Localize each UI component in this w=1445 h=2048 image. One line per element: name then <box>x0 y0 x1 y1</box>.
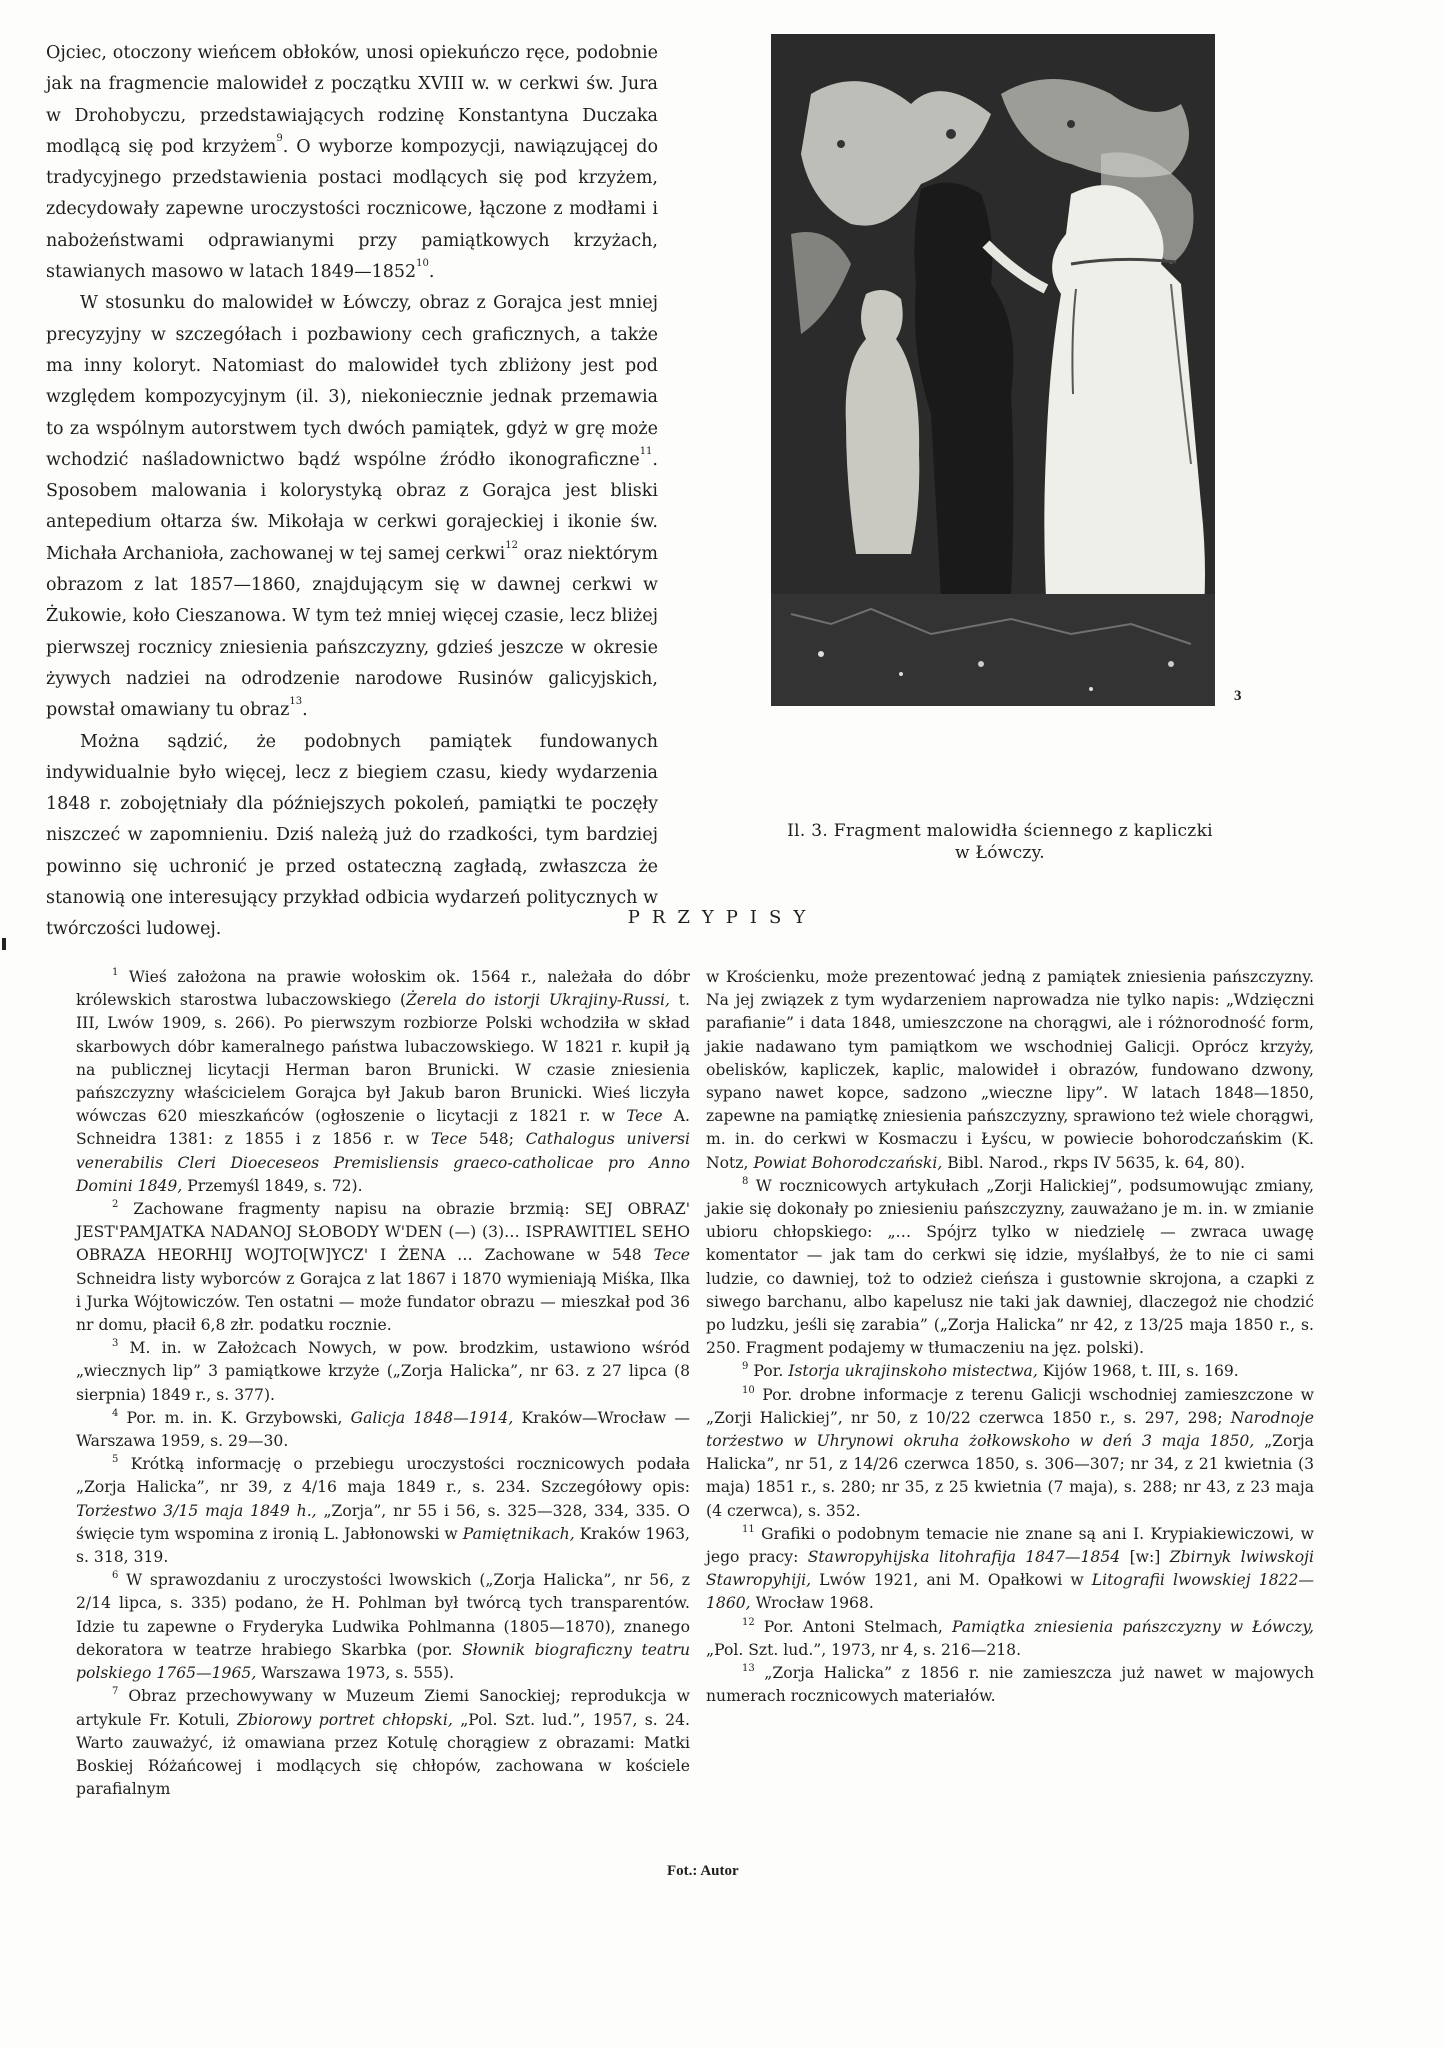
footnotes-heading: PRZYPISY <box>0 907 1445 928</box>
paragraph: 3 M. in. w Założcach Nowych, w pow. brod… <box>76 1337 690 1407</box>
footnote-reference: 7 <box>112 1686 118 1697</box>
italic-title: Zbiorowy portret chłopski, <box>237 1711 453 1729</box>
footnotes-right-column: w Krościenku, może prezentować jedną z p… <box>706 966 1314 1709</box>
paragraph: 9 Por. Istorja ukrajinskoho mistectwa, K… <box>706 1360 1314 1383</box>
footnote-reference: 13 <box>289 696 302 707</box>
paragraph: w Krościenku, może prezentować jedną z p… <box>706 966 1314 1175</box>
footnote-reference: 9 <box>742 1361 748 1372</box>
footnote-reference: 12 <box>505 540 518 551</box>
italic-title: Tece <box>431 1130 467 1148</box>
footnote-reference: 10 <box>742 1385 755 1396</box>
text-run: Schneidra listy wyborców z Gorajca z lat… <box>76 1270 690 1334</box>
text-run: 548; <box>467 1130 525 1148</box>
italic-title: Tece <box>654 1246 690 1264</box>
text-run: Przemyśl 1849, s. 72). <box>182 1177 362 1195</box>
figure-3-image <box>771 34 1215 706</box>
text-run: „Zorja Halicka” z 1856 r. nie zamieszcza… <box>706 1664 1314 1705</box>
footnote-reference: 12 <box>742 1617 755 1628</box>
footnote-reference: 4 <box>112 1408 118 1419</box>
main-body-text: Ojciec, otoczony wieńcem obłoków, unosi … <box>46 38 658 946</box>
paragraph: 2 Zachowane fragmenty napisu na obrazie … <box>76 1198 690 1337</box>
paragraph: 4 Por. m. in. K. Grzybowski, Galicja 184… <box>76 1407 690 1453</box>
footnote-reference: 13 <box>742 1663 755 1674</box>
italic-title: Galicja 1848—1914, <box>351 1409 514 1427</box>
text-run: . O wyborze kompozycji, nawiązującej do … <box>46 137 658 282</box>
footnote-reference: 11 <box>742 1524 755 1535</box>
text-run: W rocznicowych artykułach „Zorji Halicki… <box>706 1177 1314 1357</box>
italic-title: Torżestwo 3/15 maja 1849 h., <box>76 1502 317 1520</box>
italic-title: Żerela do istorji Ukrajiny-Russi, <box>406 991 670 1009</box>
italic-title: Powiat Bohorodczański, <box>753 1154 942 1172</box>
text-run: Bibl. Narod., rkps IV 5635, k. 64, 80). <box>942 1154 1245 1172</box>
figure-caption: Il. 3. Fragment malowidła ściennego z ka… <box>780 820 1220 864</box>
paragraph: 6 W sprawozdaniu z uroczystości lwowskic… <box>76 1569 690 1685</box>
text-run: Por. <box>748 1362 788 1380</box>
text-run: Krótką informację o przebiegu uroczystoś… <box>76 1455 690 1496</box>
text-run: oraz niektórym obrazom z lat 1857—1860, … <box>46 544 658 720</box>
text-run: Por. m. in. K. Grzybowski, <box>118 1409 350 1427</box>
text-run: Por. drobne informacje z terenu Galicji … <box>706 1386 1314 1427</box>
text-run: [w:] <box>1120 1548 1170 1566</box>
figure-number: 3 <box>1234 688 1242 705</box>
paragraph: W stosunku do malowideł w Łówczy, obraz … <box>46 288 658 726</box>
italic-title: Istorja ukrajinskoho mistectwa, <box>788 1362 1038 1380</box>
footnote-reference: 8 <box>742 1176 748 1187</box>
paragraph: 5 Krótką informację o przebiegu uroczyst… <box>76 1453 690 1569</box>
text-run: Wrocław 1968. <box>751 1594 874 1612</box>
footnote-reference: 3 <box>112 1338 118 1349</box>
paragraph: 11 Grafiki o podobnym temacie nie znane … <box>706 1523 1314 1616</box>
paragraph: 10 Por. drobne informacje z terenu Galic… <box>706 1384 1314 1523</box>
footnotes-left-column: 1 Wieś założona na prawie wołoskim ok. 1… <box>76 966 690 1801</box>
text-run: W stosunku do malowideł w Łówczy, obraz … <box>46 293 658 469</box>
footnote-reference: 6 <box>112 1570 118 1581</box>
paragraph: 12 Por. Antoni Stelmach, Pamiątka zniesi… <box>706 1616 1314 1662</box>
text-run: Por. Antoni Stelmach, <box>755 1618 952 1636</box>
footnote-reference: 2 <box>112 1199 118 1210</box>
text-run: „Pol. Szt. lud.”, 1973, nr 4, s. 216—218… <box>706 1641 1021 1659</box>
photo-credit: Fot.: Autor <box>667 1863 739 1880</box>
paragraph: 1 Wieś założona na prawie wołoskim ok. 1… <box>76 966 690 1198</box>
text-run: w Krościenku, może prezentować jedną z p… <box>706 968 1314 1172</box>
wall-painting-illustration <box>771 34 1215 706</box>
text-run: Zachowane fragmenty napisu na obrazie br… <box>76 1200 690 1264</box>
paragraph: 8 W rocznicowych artykułach „Zorji Halic… <box>706 1175 1314 1361</box>
text-run: . <box>429 262 435 282</box>
paragraph: 7 Obraz przechowywany w Muzeum Ziemi San… <box>76 1685 690 1801</box>
italic-title: Stawropyhijska litohrafija 1847—1854 <box>808 1548 1121 1566</box>
footnote-reference: 1 <box>112 967 118 978</box>
footnote-reference: 11 <box>640 446 653 457</box>
footnote-reference: 5 <box>112 1454 118 1465</box>
italic-title: Tece <box>626 1107 662 1125</box>
footnote-reference: 10 <box>416 258 429 269</box>
text-run: Kijów 1968, t. III, s. 169. <box>1038 1362 1239 1380</box>
footnote-reference: 9 <box>276 133 282 144</box>
italic-title: Pamiętnikach, <box>463 1525 575 1543</box>
paragraph: 13 „Zorja Halicka” z 1856 r. nie zamiesz… <box>706 1662 1314 1708</box>
italic-title: Pamiątka zniesienia pańszczyzny w Łówczy… <box>952 1618 1314 1636</box>
margin-mark <box>2 938 6 950</box>
text-run: Lwów 1921, ani M. Opałkowi w <box>811 1571 1092 1589</box>
text-run: t. III, Lwów 1909, s. 266). Po pierwszym… <box>76 991 690 1125</box>
text-run: Warszawa 1973, s. 555). <box>256 1664 454 1682</box>
paragraph: Ojciec, otoczony wieńcem obłoków, unosi … <box>46 38 658 288</box>
text-run: M. in. w Założcach Nowych, w pow. brodzk… <box>76 1339 690 1403</box>
text-run: . <box>302 700 308 720</box>
